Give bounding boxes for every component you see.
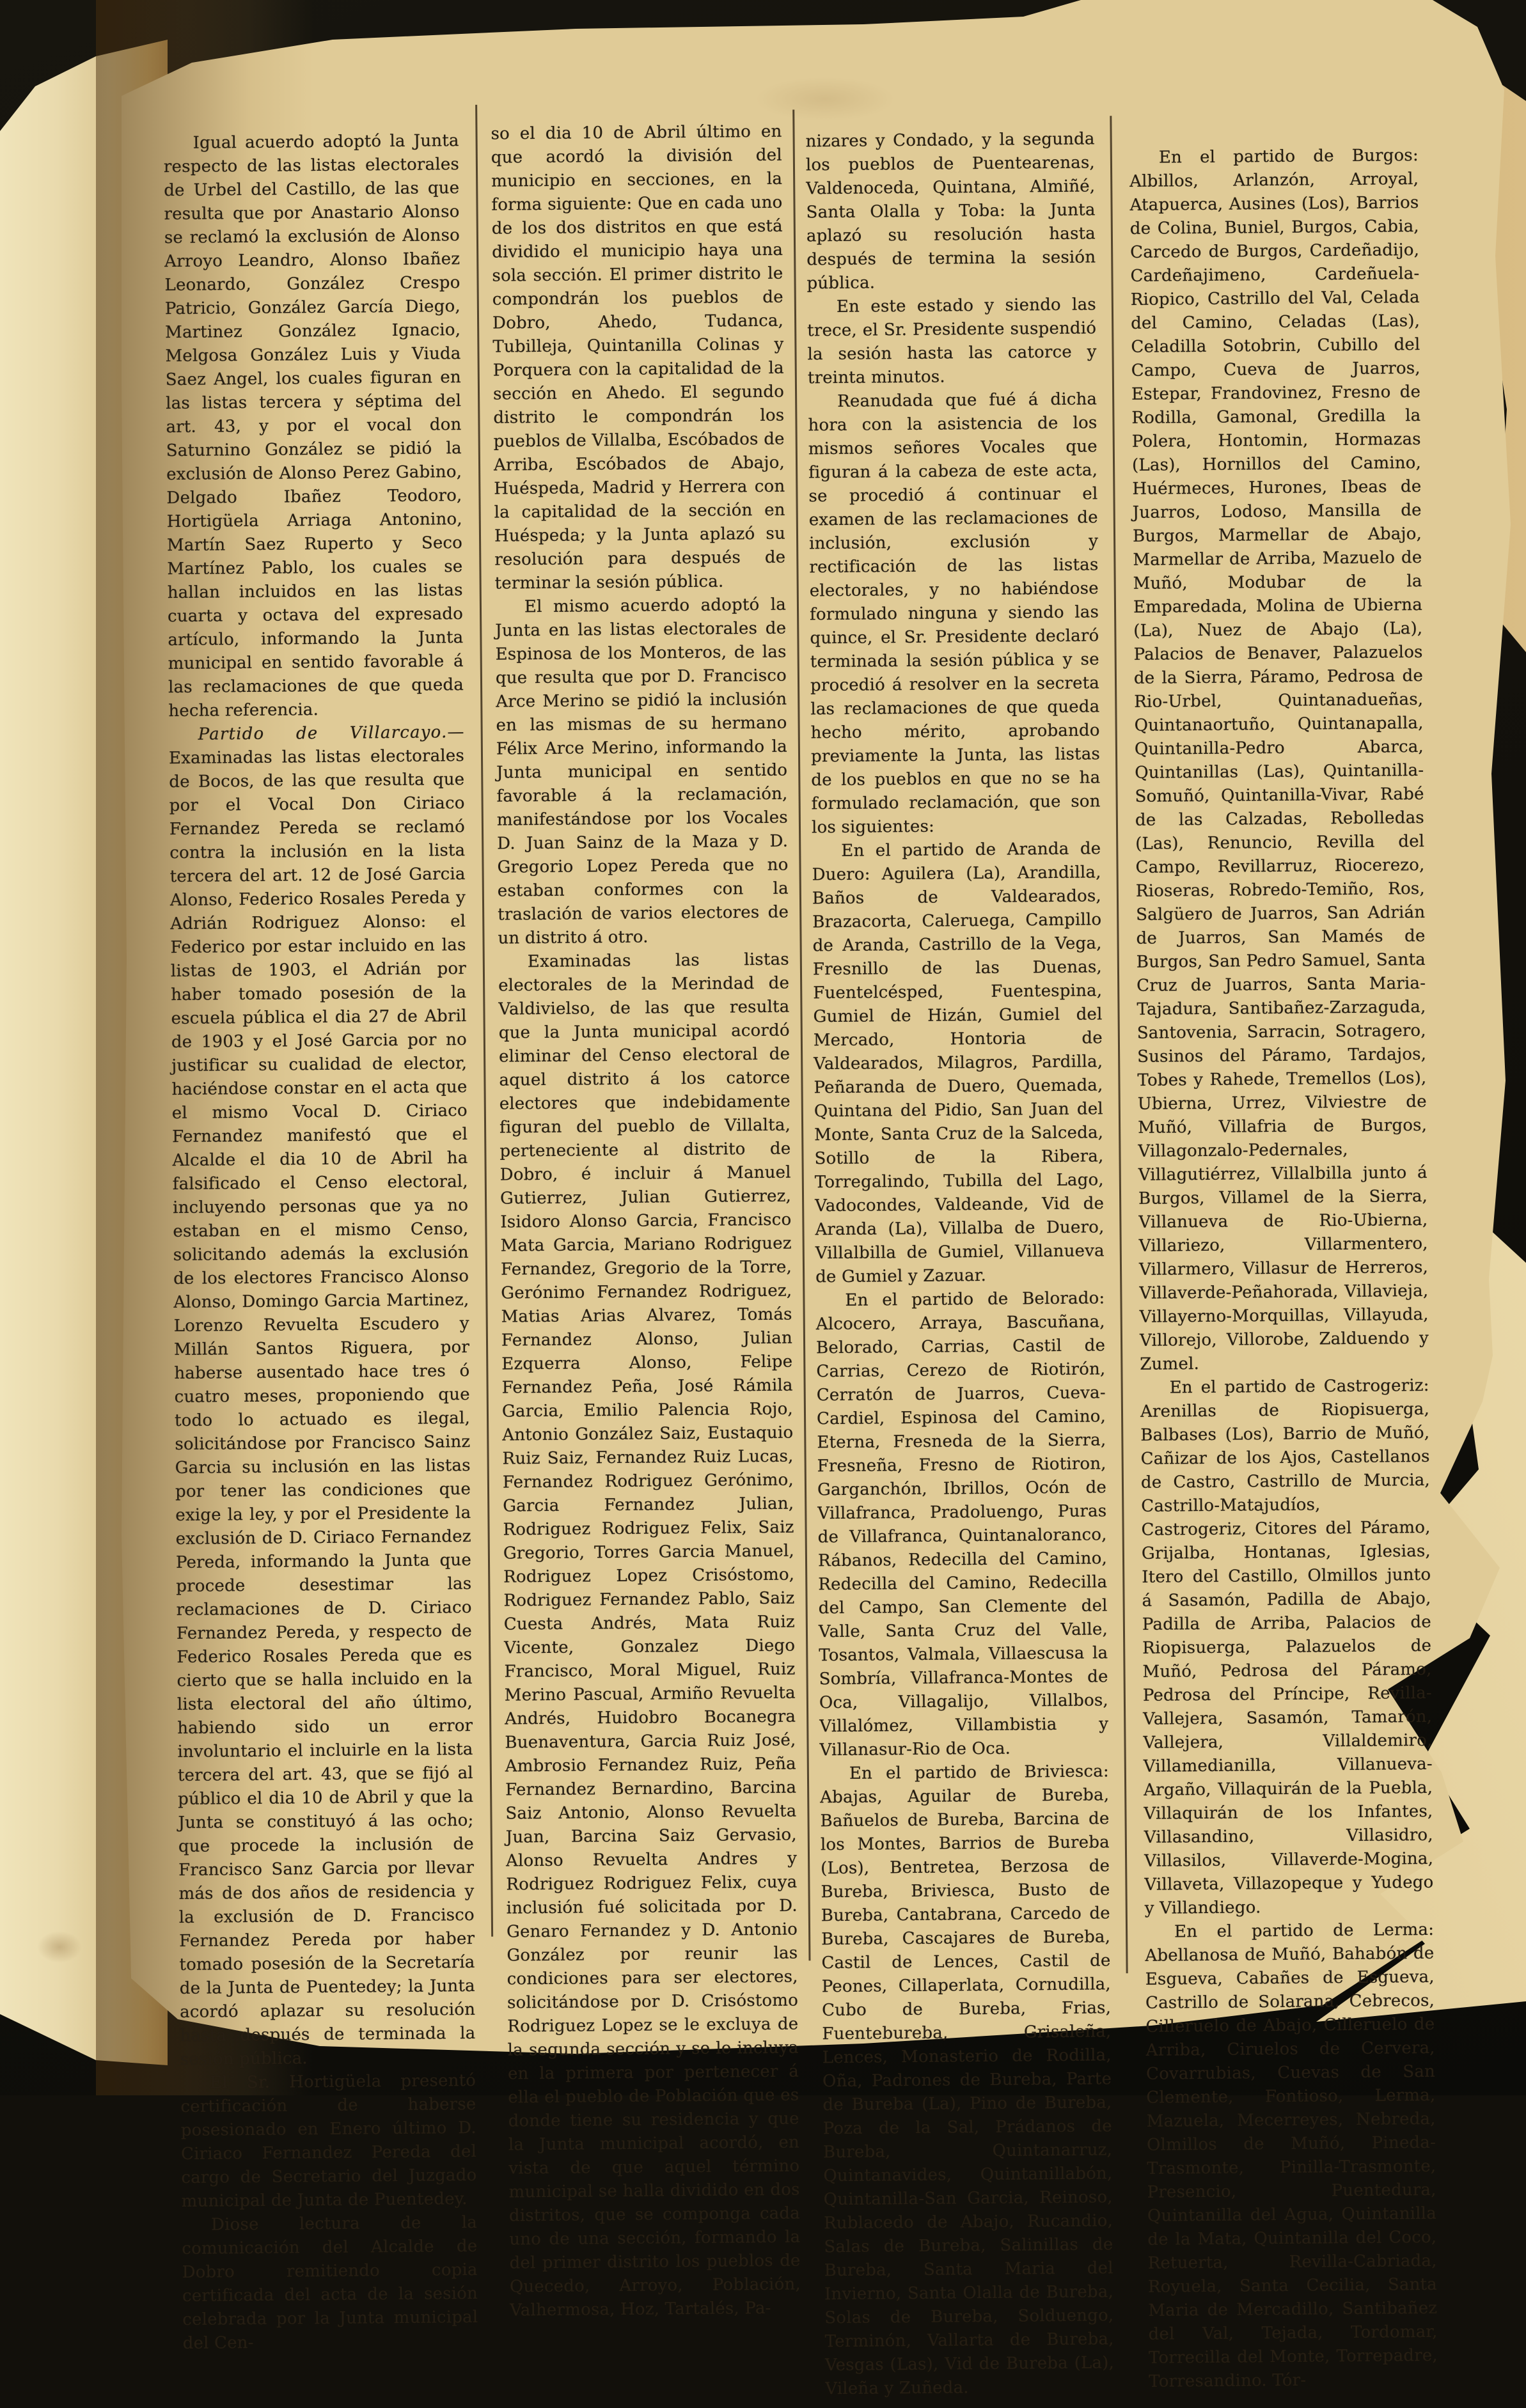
paragraph: En el partido de Aranda de Duero: Aguile… xyxy=(812,837,1105,1289)
paragraph: Examinadas las listas electorales de la … xyxy=(498,948,801,2095)
paragraph: Partido de Villarcayo.—Examinadas las li… xyxy=(169,721,476,2072)
column-rule xyxy=(1110,116,1128,1973)
paragraph: En el partido de Castrogeriz: Arenillas … xyxy=(1140,1374,1434,1921)
paragraph: El Sr. Hortigüela presentó certificación… xyxy=(180,2069,477,2095)
text-column-2: so el dia 10 de Abril último en que acor… xyxy=(491,120,801,2095)
column-rule xyxy=(475,105,493,1937)
text-column-1: Igual acuerdo adoptó la Junta respecto d… xyxy=(163,129,478,2095)
paragraph: En este estado y siendo las trece, el Sr… xyxy=(807,293,1097,390)
paragraph: Igual acuerdo adoptó la Junta respecto d… xyxy=(163,129,464,723)
text-column-4: En el partido de Burgos: Albillos, Arlan… xyxy=(1129,144,1438,2095)
paragraph: El mismo acuerdo adoptó la Junta en las … xyxy=(495,593,789,951)
paragraph: En el partido de Briviesca: Abajas, Agui… xyxy=(820,1760,1115,2095)
paragraph: nizares y Condado, y la segunda los pueb… xyxy=(805,127,1096,295)
paragraph: En el partido de Lerma: Abellanosa de Mu… xyxy=(1145,1918,1438,2095)
paragraph: En el partido de Burgos: Albillos, Arlan… xyxy=(1129,144,1429,1377)
scanned-book-page: Igual acuerdo adoptó la Junta respecto d… xyxy=(0,0,1526,2095)
paragraph: so el dia 10 de Abril último en que acor… xyxy=(491,120,785,596)
page-text-block: Igual acuerdo adoptó la Junta respecto d… xyxy=(0,0,1526,2095)
paragraph: Reanudada que fué á dicha hora con la as… xyxy=(808,387,1101,840)
text-column-3: nizares y Condado, y la segunda los pueb… xyxy=(805,127,1114,2095)
paragraph: En el partido de Belorado: Alcocero, Arr… xyxy=(815,1286,1108,1762)
italic-heading: Partido de Villarcayo. xyxy=(198,723,448,744)
